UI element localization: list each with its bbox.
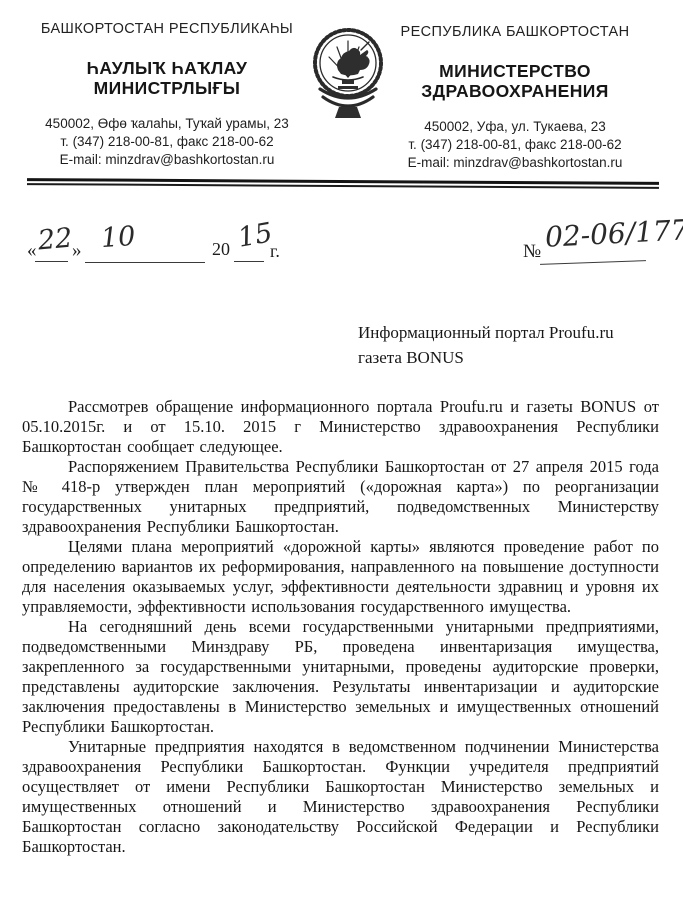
coat-of-arms-icon <box>309 25 387 123</box>
ministry-title-bashkir-line2: МИНИСТРЛЫҒЫ <box>94 78 241 98</box>
date-day-handwritten: 22 <box>37 223 74 257</box>
date-year-suffix: г. <box>270 241 280 262</box>
date-year-prefix: 20 <box>212 239 230 260</box>
date-day-underline <box>35 261 68 262</box>
phone-line: т. (347) 218-00-81, факс 218-00-62 <box>382 136 648 154</box>
doc-number-handwritten: 02-06/177 <box>544 213 683 253</box>
date-quote-close: » <box>72 240 82 262</box>
recipient-line2: газета BONUS <box>358 346 668 371</box>
letter-body: Рассмотрев обращение информационного пор… <box>22 397 659 857</box>
date-month-handwritten: 10 <box>100 221 136 254</box>
letterhead-left: БАШКОРТОСТАН РЕСПУБЛИКАҺЫ ҺАУЛЫҠ ҺАҠЛАУ … <box>28 21 306 169</box>
phone-line: т. (347) 218-00-81, факс 218-00-62 <box>28 133 306 151</box>
date-quote-open: « <box>27 240 37 262</box>
address-line: 450002, Өфө ҡалаһы, Туҡай урамы, 23 <box>28 115 306 133</box>
ministry-title-russian-line1: МИНИСТЕРСТВО <box>439 61 591 81</box>
doc-number-label: № <box>523 241 541 263</box>
date-year-underline <box>234 261 264 262</box>
paragraph: Распоряжением Правительства Республики Б… <box>22 457 659 537</box>
ministry-title-bashkir-line1: ҺАУЛЫҠ ҺАҠЛАУ <box>87 58 248 78</box>
email-line: E-mail: minzdrav@bashkortostan.ru <box>382 154 648 172</box>
contact-block-russian: 450002, Уфа, ул. Тукаева, 23 т. (347) 21… <box>382 118 648 172</box>
date-year-handwritten: 15 <box>236 217 275 253</box>
recipient-block: Информационный портал Proufu.ru газета B… <box>358 321 668 370</box>
contact-block-bashkir: 450002, Өфө ҡалаһы, Туҡай урамы, 23 т. (… <box>28 115 306 169</box>
letterhead-right: РЕСПУБЛИКА БАШКОРТОСТАН МИНИСТЕРСТВО ЗДР… <box>382 24 648 172</box>
email-line: E-mail: minzdrav@bashkortostan.ru <box>28 151 306 169</box>
address-line: 450002, Уфа, ул. Тукаева, 23 <box>382 118 648 136</box>
paragraph: Целями плана мероприятий «дорожной карты… <box>22 537 659 617</box>
paragraph: Унитарные предприятия находятся в ведомс… <box>22 737 659 857</box>
republic-name-russian: РЕСПУБЛИКА БАШКОРТОСТАН <box>382 24 648 40</box>
republic-name-bashkir: БАШКОРТОСТАН РЕСПУБЛИКАҺЫ <box>28 21 306 37</box>
paragraph: Рассмотрев обращение информационного пор… <box>22 397 659 457</box>
ministry-title-russian: МИНИСТЕРСТВО ЗДРАВООХРАНЕНИЯ <box>382 61 648 101</box>
doc-number-underline <box>540 260 646 265</box>
date-month-underline <box>85 262 205 263</box>
header-divider <box>27 178 659 189</box>
paragraph: На сегодняшний день всеми государственны… <box>22 617 659 737</box>
ministry-title-russian-line2: ЗДРАВООХРАНЕНИЯ <box>421 81 609 101</box>
ministry-title-bashkir: ҺАУЛЫҠ ҺАҠЛАУ МИНИСТРЛЫҒЫ <box>28 58 306 98</box>
scanned-letter-page: БАШКОРТОСТАН РЕСПУБЛИКАҺЫ ҺАУЛЫҠ ҺАҠЛАУ … <box>0 0 683 900</box>
recipient-line1: Информационный портал Proufu.ru <box>358 321 668 346</box>
